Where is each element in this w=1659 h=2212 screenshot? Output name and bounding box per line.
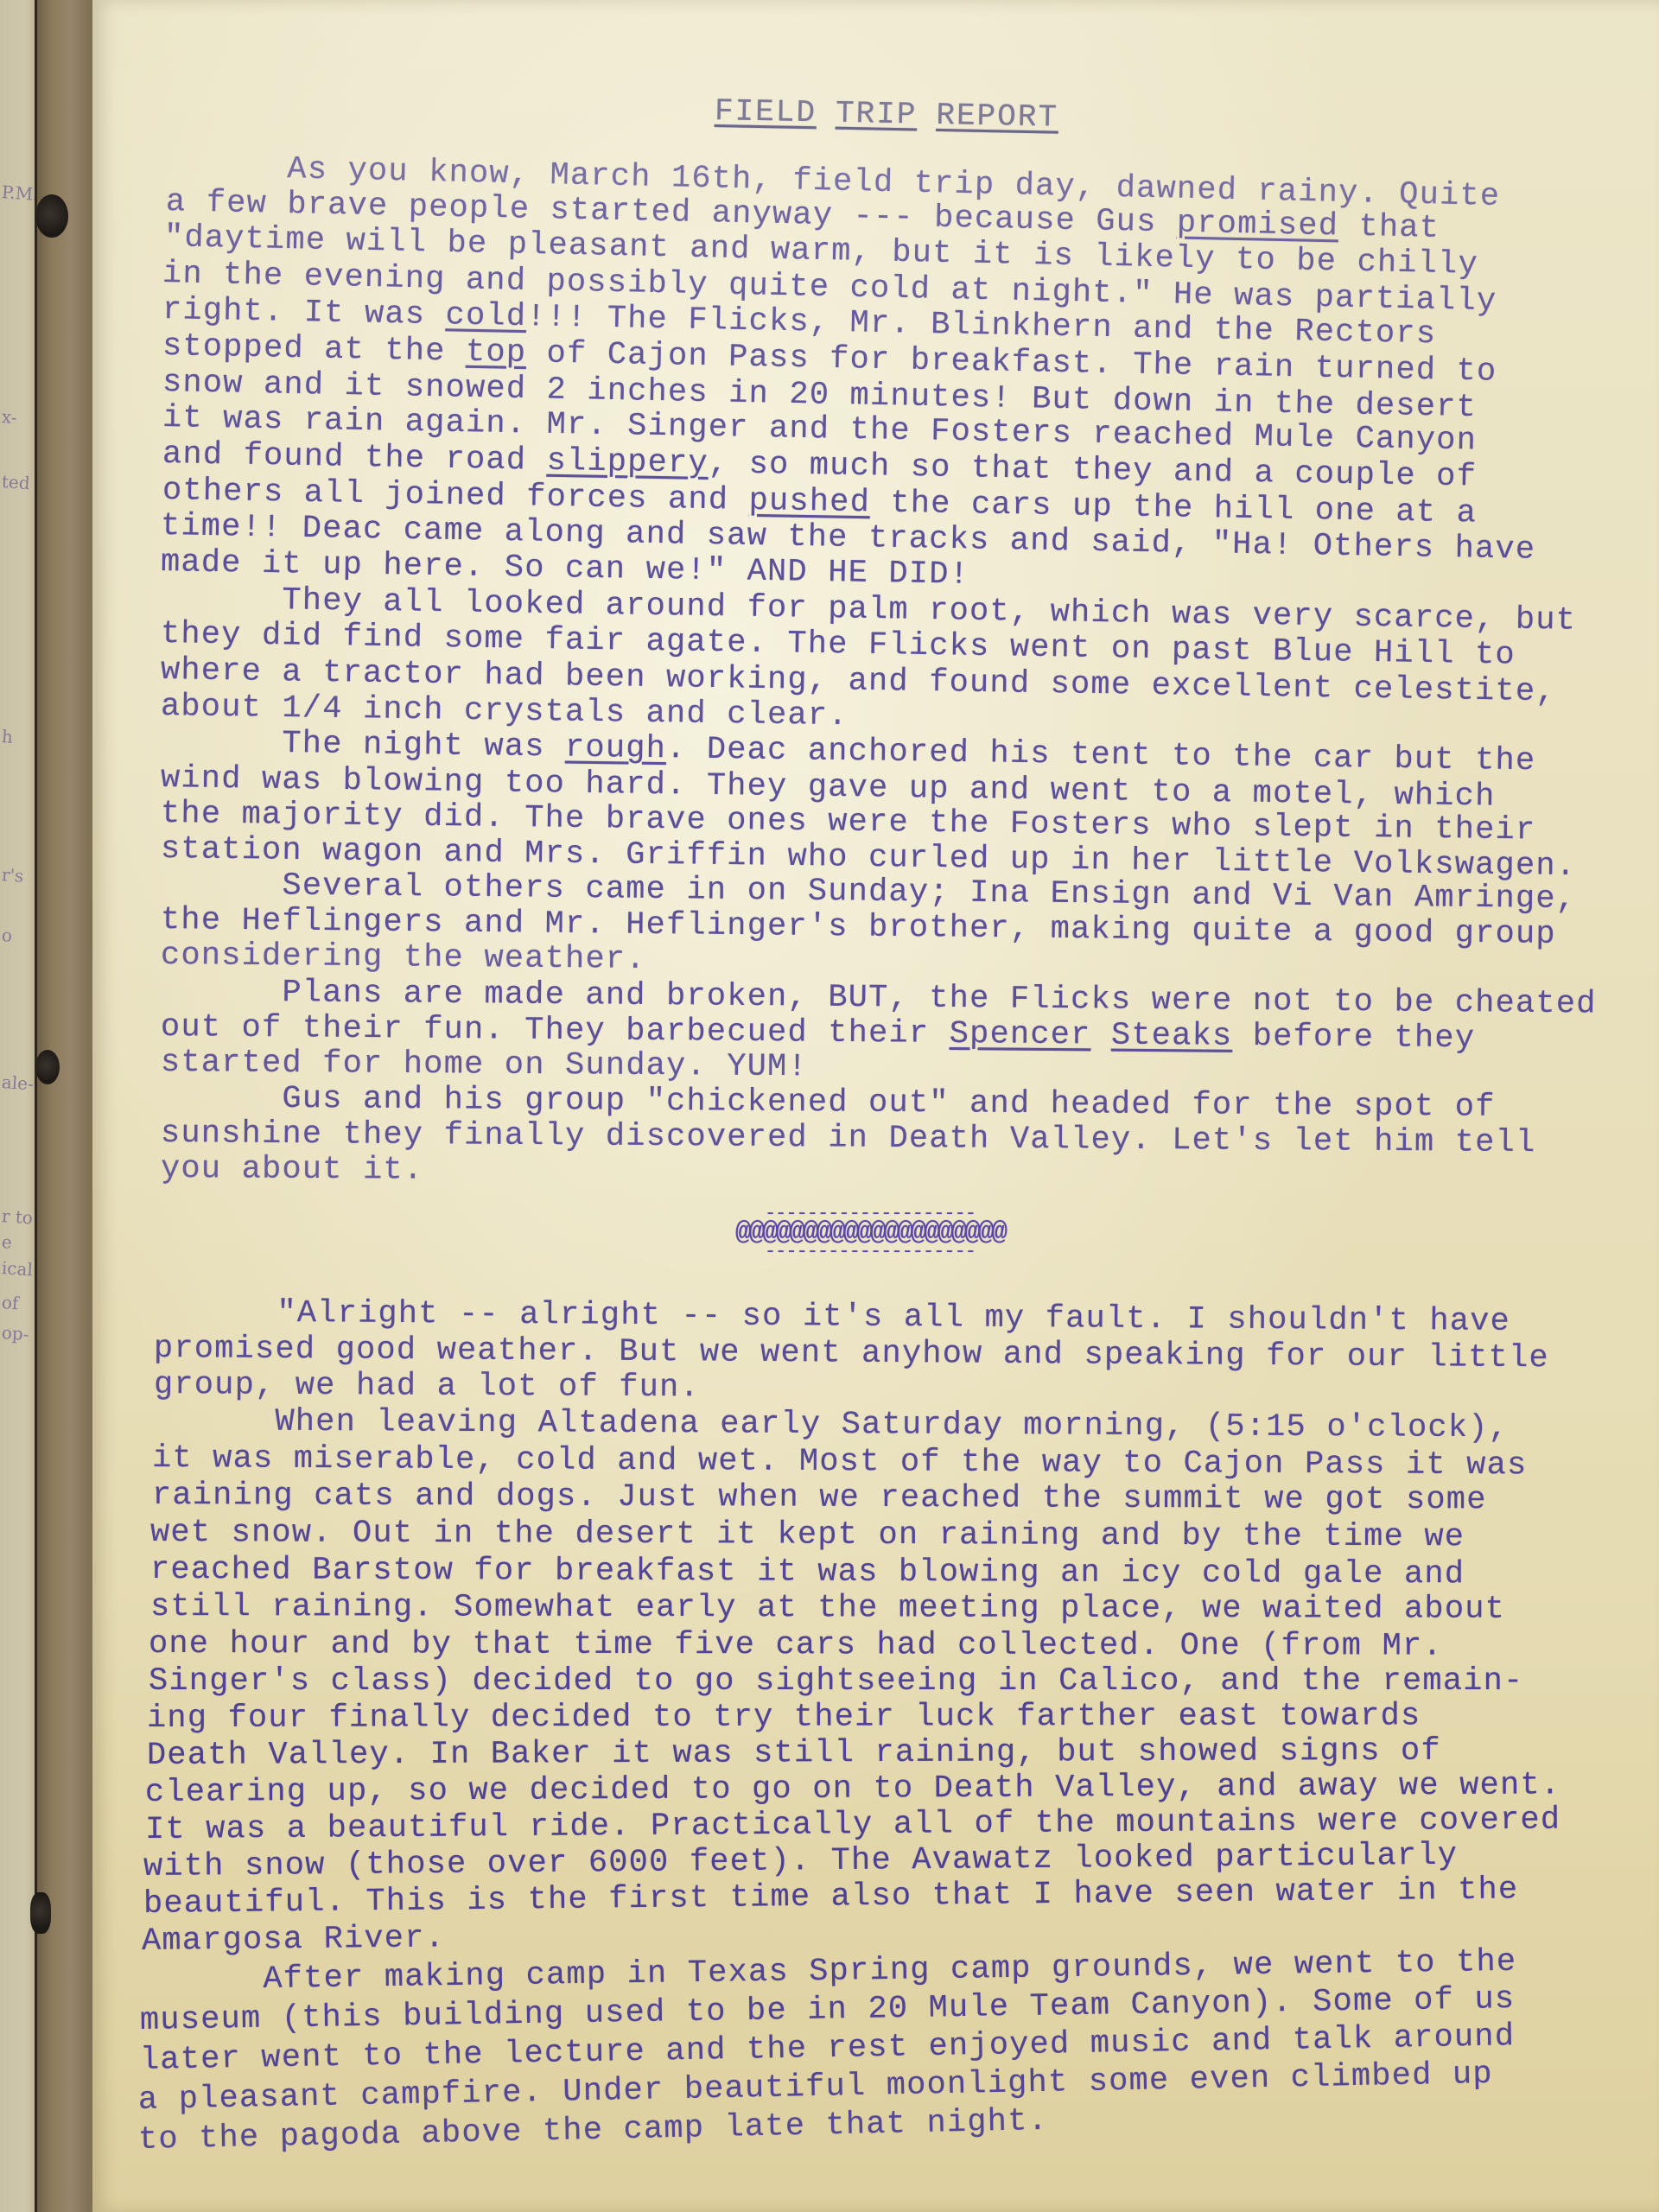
text-line: wet snow. Out in the desert it kept on r… [150, 1515, 1465, 1555]
text-line: considering the weather. [161, 938, 646, 978]
text-line: one hour and by that time five cars had … [149, 1626, 1443, 1665]
previous-page-fragment: P.M. [1, 181, 39, 205]
previous-page-fragment: h [1, 726, 14, 747]
text-line: started for home on Sunday. YUM! [161, 1045, 808, 1085]
previous-page-fragment: o [1, 925, 13, 946]
underlined-word: rough [565, 730, 667, 768]
binder-hole [35, 1050, 60, 1084]
underlined-word: Spencer [950, 1016, 1091, 1053]
previous-page-fragment: ted [1, 471, 30, 493]
previous-page-fragment: e [1, 1231, 12, 1253]
underlined-word: promised [1176, 206, 1338, 245]
binder-hole [30, 1892, 51, 1934]
text-line: Death Valley. In Baker it was still rain… [147, 1733, 1441, 1774]
title-word: TRIP [836, 96, 918, 133]
binder-spine [37, 0, 92, 2212]
page-title: FIELDTRIPREPORT [715, 93, 1078, 137]
binder-hole [35, 194, 68, 238]
previous-page-fragment: ale- [1, 1071, 35, 1095]
section-separator: -------------------- @@@@@@@@@@@@@@@@@@@… [728, 1208, 1013, 1258]
text-line: still raining. Somewhat early at the mee… [150, 1589, 1505, 1628]
previous-page-edge: P.M. x- ted h r's o ale- r to e ical of … [0, 0, 36, 2212]
underlined-word: top [466, 334, 527, 372]
title-word: FIELD [715, 93, 817, 130]
text-line: you about it. [161, 1151, 423, 1189]
underlined-word: pushed [748, 483, 870, 521]
underlined-word: cold [445, 297, 526, 335]
previous-page-fragment: r to [1, 1205, 34, 1228]
text-line: group, we had a lot of fun. [154, 1367, 700, 1406]
previous-page-fragment: ical [1, 1257, 34, 1280]
text-line: ing four finally decided to try their lu… [147, 1698, 1421, 1737]
underlined-word: slippery [546, 443, 709, 482]
previous-page-fragment: of [1, 1292, 19, 1313]
previous-page-fragment: x- [1, 406, 17, 428]
text-line: reached Barstow for breakfast it was blo… [150, 1552, 1465, 1592]
title-word: REPORT [936, 98, 1058, 136]
document-page: FIELDTRIPREPORT As you know, March 16th,… [92, 0, 1659, 2212]
previous-page-fragment: r's [1, 864, 24, 887]
text-line: raining cats and dogs. Just when we reac… [152, 1478, 1487, 1518]
text-line: Singer's class) decided to go sightseein… [149, 1663, 1523, 1700]
underlined-word: Steaks [1111, 1018, 1233, 1055]
text-line: Amargosa River. [142, 1920, 445, 1960]
text-line: it was miserable, cold and wet. Most of … [152, 1440, 1528, 1484]
previous-page-fragment: op- [1, 1322, 29, 1344]
separator-dashes-bottom: -------------------- [728, 1246, 1013, 1258]
text-line: When leaving Altadena early Saturday mor… [154, 1403, 1509, 1446]
